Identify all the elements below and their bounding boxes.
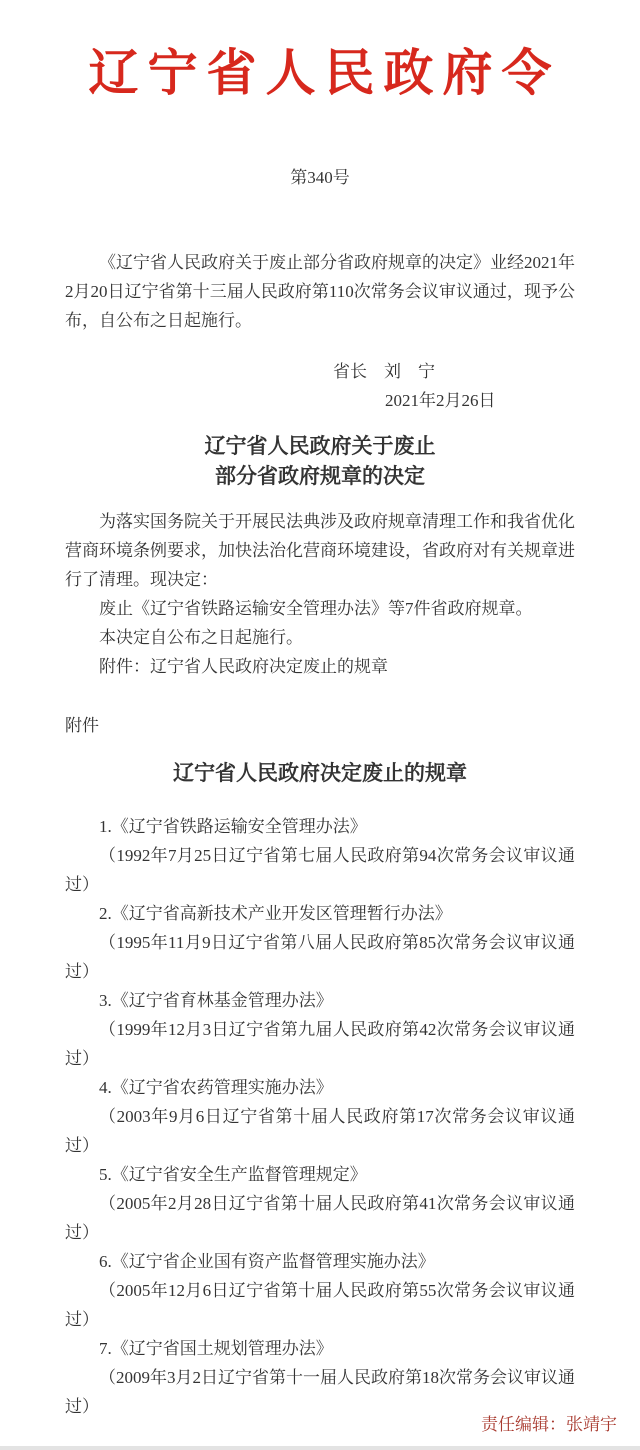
order-number: 第340号 bbox=[65, 168, 575, 188]
regulation-item: 4.《辽宁省农药管理实施办法》 （2003年9月6日辽宁省第十届人民政府第17次… bbox=[65, 1073, 575, 1160]
regulation-name: 7.《辽宁省国土规划管理办法》 bbox=[65, 1334, 575, 1363]
body-paragraph: 附件：辽宁省人民政府决定废止的规章 bbox=[65, 652, 575, 681]
decision-title-line1: 辽宁省人民政府关于废止 bbox=[65, 431, 575, 461]
document-page: 辽宁省人民政府令 第340号 《辽宁省人民政府关于废止部分省政府规章的决定》业经… bbox=[0, 0, 640, 1421]
regulation-name: 5.《辽宁省安全生产监督管理规定》 bbox=[65, 1160, 575, 1189]
regulation-note: （1999年12月3日辽宁省第九届人民政府第42次常务会议审议通过） bbox=[65, 1015, 575, 1073]
regulation-item: 5.《辽宁省安全生产监督管理规定》 （2005年2月28日辽宁省第十届人民政府第… bbox=[65, 1160, 575, 1247]
signature-date: 2021年2月26日 bbox=[65, 386, 575, 415]
body-paragraph: 本决定自公布之日起施行。 bbox=[65, 623, 575, 652]
decision-title: 辽宁省人民政府关于废止 部分省政府规章的决定 bbox=[65, 431, 575, 491]
decision-title-line2: 部分省政府规章的决定 bbox=[65, 461, 575, 491]
regulation-item: 2.《辽宁省高新技术产业开发区管理暂行办法》 （1995年11月9日辽宁省第八届… bbox=[65, 899, 575, 986]
signature-name: 省长 刘 宁 bbox=[65, 357, 575, 386]
regulation-note: （2003年9月6日辽宁省第十届人民政府第17次常务会议审议通过） bbox=[65, 1102, 575, 1160]
regulation-name: 3.《辽宁省育林基金管理办法》 bbox=[65, 986, 575, 1015]
regulation-note: （2009年3月2日辽宁省第十一届人民政府第18次常务会议审议通过） bbox=[65, 1363, 575, 1421]
regulation-note: （2005年2月28日辽宁省第十届人民政府第41次常务会议审议通过） bbox=[65, 1189, 575, 1247]
regulation-note: （1995年11月9日辽宁省第八届人民政府第85次常务会议审议通过） bbox=[65, 928, 575, 986]
decision-body: 为落实国务院关于开展民法典涉及政府规章清理工作和我省优化营商环境条例要求，加快法… bbox=[65, 507, 575, 681]
regulation-item: 1.《辽宁省铁路运输安全管理办法》 （1992年7月25日辽宁省第七届人民政府第… bbox=[65, 812, 575, 899]
regulation-note: （2005年12月6日辽宁省第十届人民政府第55次常务会议审议通过） bbox=[65, 1276, 575, 1334]
attachment-label: 附件 bbox=[65, 711, 575, 740]
regulation-item: 6.《辽宁省企业国有资产监督管理实施办法》 （2005年12月6日辽宁省第十届人… bbox=[65, 1247, 575, 1334]
regulation-item: 3.《辽宁省育林基金管理办法》 （1999年12月3日辽宁省第九届人民政府第42… bbox=[65, 986, 575, 1073]
regulation-name: 6.《辽宁省企业国有资产监督管理实施办法》 bbox=[65, 1247, 575, 1276]
repealed-regulations-list: 1.《辽宁省铁路运输安全管理办法》 （1992年7月25日辽宁省第七届人民政府第… bbox=[65, 812, 575, 1421]
body-paragraph: 废止《辽宁省铁路运输安全管理办法》等7件省政府规章。 bbox=[65, 594, 575, 623]
regulation-name: 2.《辽宁省高新技术产业开发区管理暂行办法》 bbox=[65, 899, 575, 928]
body-paragraph: 为落实国务院关于开展民法典涉及政府规章清理工作和我省优化营商环境条例要求，加快法… bbox=[65, 507, 575, 594]
attachment-title: 辽宁省人民政府决定废止的规章 bbox=[65, 758, 575, 788]
regulation-name: 1.《辽宁省铁路运输安全管理办法》 bbox=[65, 812, 575, 841]
regulation-note: （1992年7月25日辽宁省第七届人民政府第94次常务会议审议通过） bbox=[65, 841, 575, 899]
promulgation-paragraph: 《辽宁省人民政府关于废止部分省政府规章的决定》业经2021年2月20日辽宁省第十… bbox=[65, 248, 575, 335]
masthead-title: 辽宁省人民政府令 bbox=[65, 0, 575, 106]
editor-credit: 责任编辑：张靖宇 bbox=[481, 1414, 617, 1436]
regulation-name: 4.《辽宁省农药管理实施办法》 bbox=[65, 1073, 575, 1102]
regulation-item: 7.《辽宁省国土规划管理办法》 （2009年3月2日辽宁省第十一届人民政府第18… bbox=[65, 1334, 575, 1421]
bottom-divider bbox=[0, 1446, 640, 1450]
